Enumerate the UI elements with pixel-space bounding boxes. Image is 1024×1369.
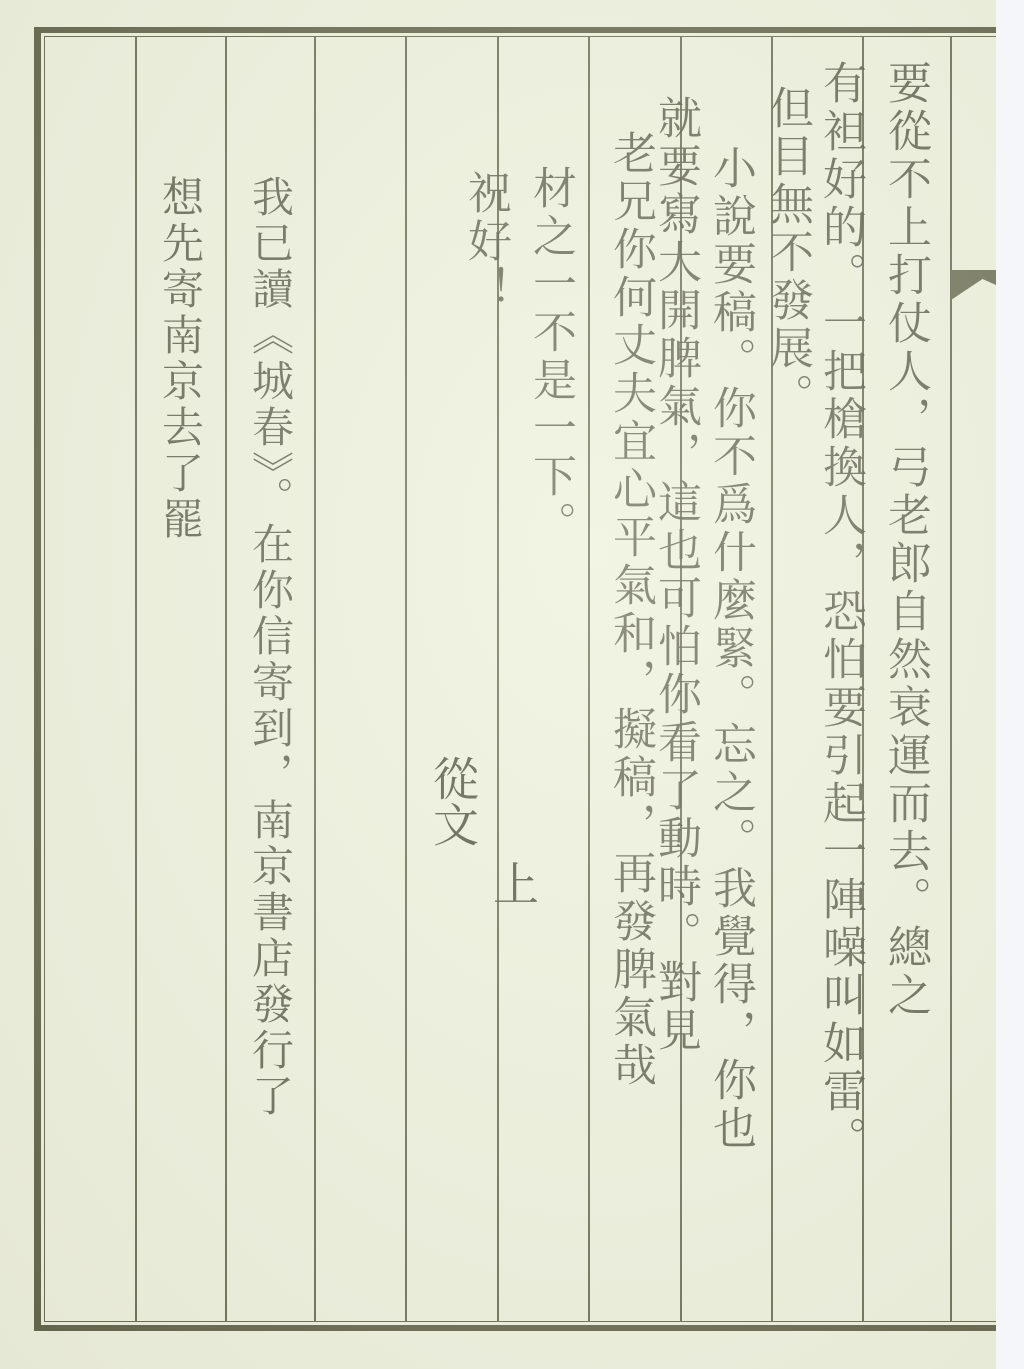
ruling-line — [862, 37, 864, 1322]
signature-closing: 上 — [480, 860, 546, 906]
ruling-line — [405, 37, 407, 1322]
ruling-line — [680, 37, 682, 1322]
text-column-4: 小說要稿。你不爲什麼緊。忘之。我覺得，你也 — [700, 145, 760, 1153]
ruling-line — [225, 37, 227, 1322]
ruling-line — [135, 37, 137, 1322]
text-column-1: 要從不上打仗人，弓老郎自然衰運而去。總之 — [875, 60, 935, 1020]
ruling-line — [497, 37, 499, 1322]
ruling-line — [588, 37, 590, 1322]
text-column-8: 祝好！ — [455, 170, 515, 314]
text-column-2: 有袒好的。一把槍換人，恐怕要引起一陣噪叫如雷。 — [810, 60, 870, 1164]
letter-paper: 要從不上打仗人，弓老郎自然衰運而去。總之 有袒好的。一把槍換人，恐怕要引起一陣噪… — [0, 0, 996, 1369]
ruling-line — [314, 37, 316, 1322]
ruling-line — [950, 37, 952, 1322]
signature-name: 從文 — [420, 755, 486, 847]
text-column-7: 材之一不是一下。 — [520, 165, 580, 549]
text-column-5: 就要寫大開脾氣，這也可怕你看了動時。對見 — [645, 95, 705, 1055]
text-column-10: 想先寄南京去了罷 — [150, 175, 210, 543]
outer-frame-border — [34, 27, 996, 1331]
text-column-3: 但目無不發展。 — [757, 85, 817, 421]
margin-tab-mark — [951, 270, 996, 300]
text-column-9: 我已讀《城春》。在你信寄到，南京書店發行了 — [240, 175, 300, 1120]
inner-frame-border — [44, 36, 996, 1322]
text-column-6: 老兄你何丈夫宜心平氣和，擬稿，再發脾氣哉 — [600, 130, 660, 1090]
ruling-line — [771, 37, 773, 1322]
